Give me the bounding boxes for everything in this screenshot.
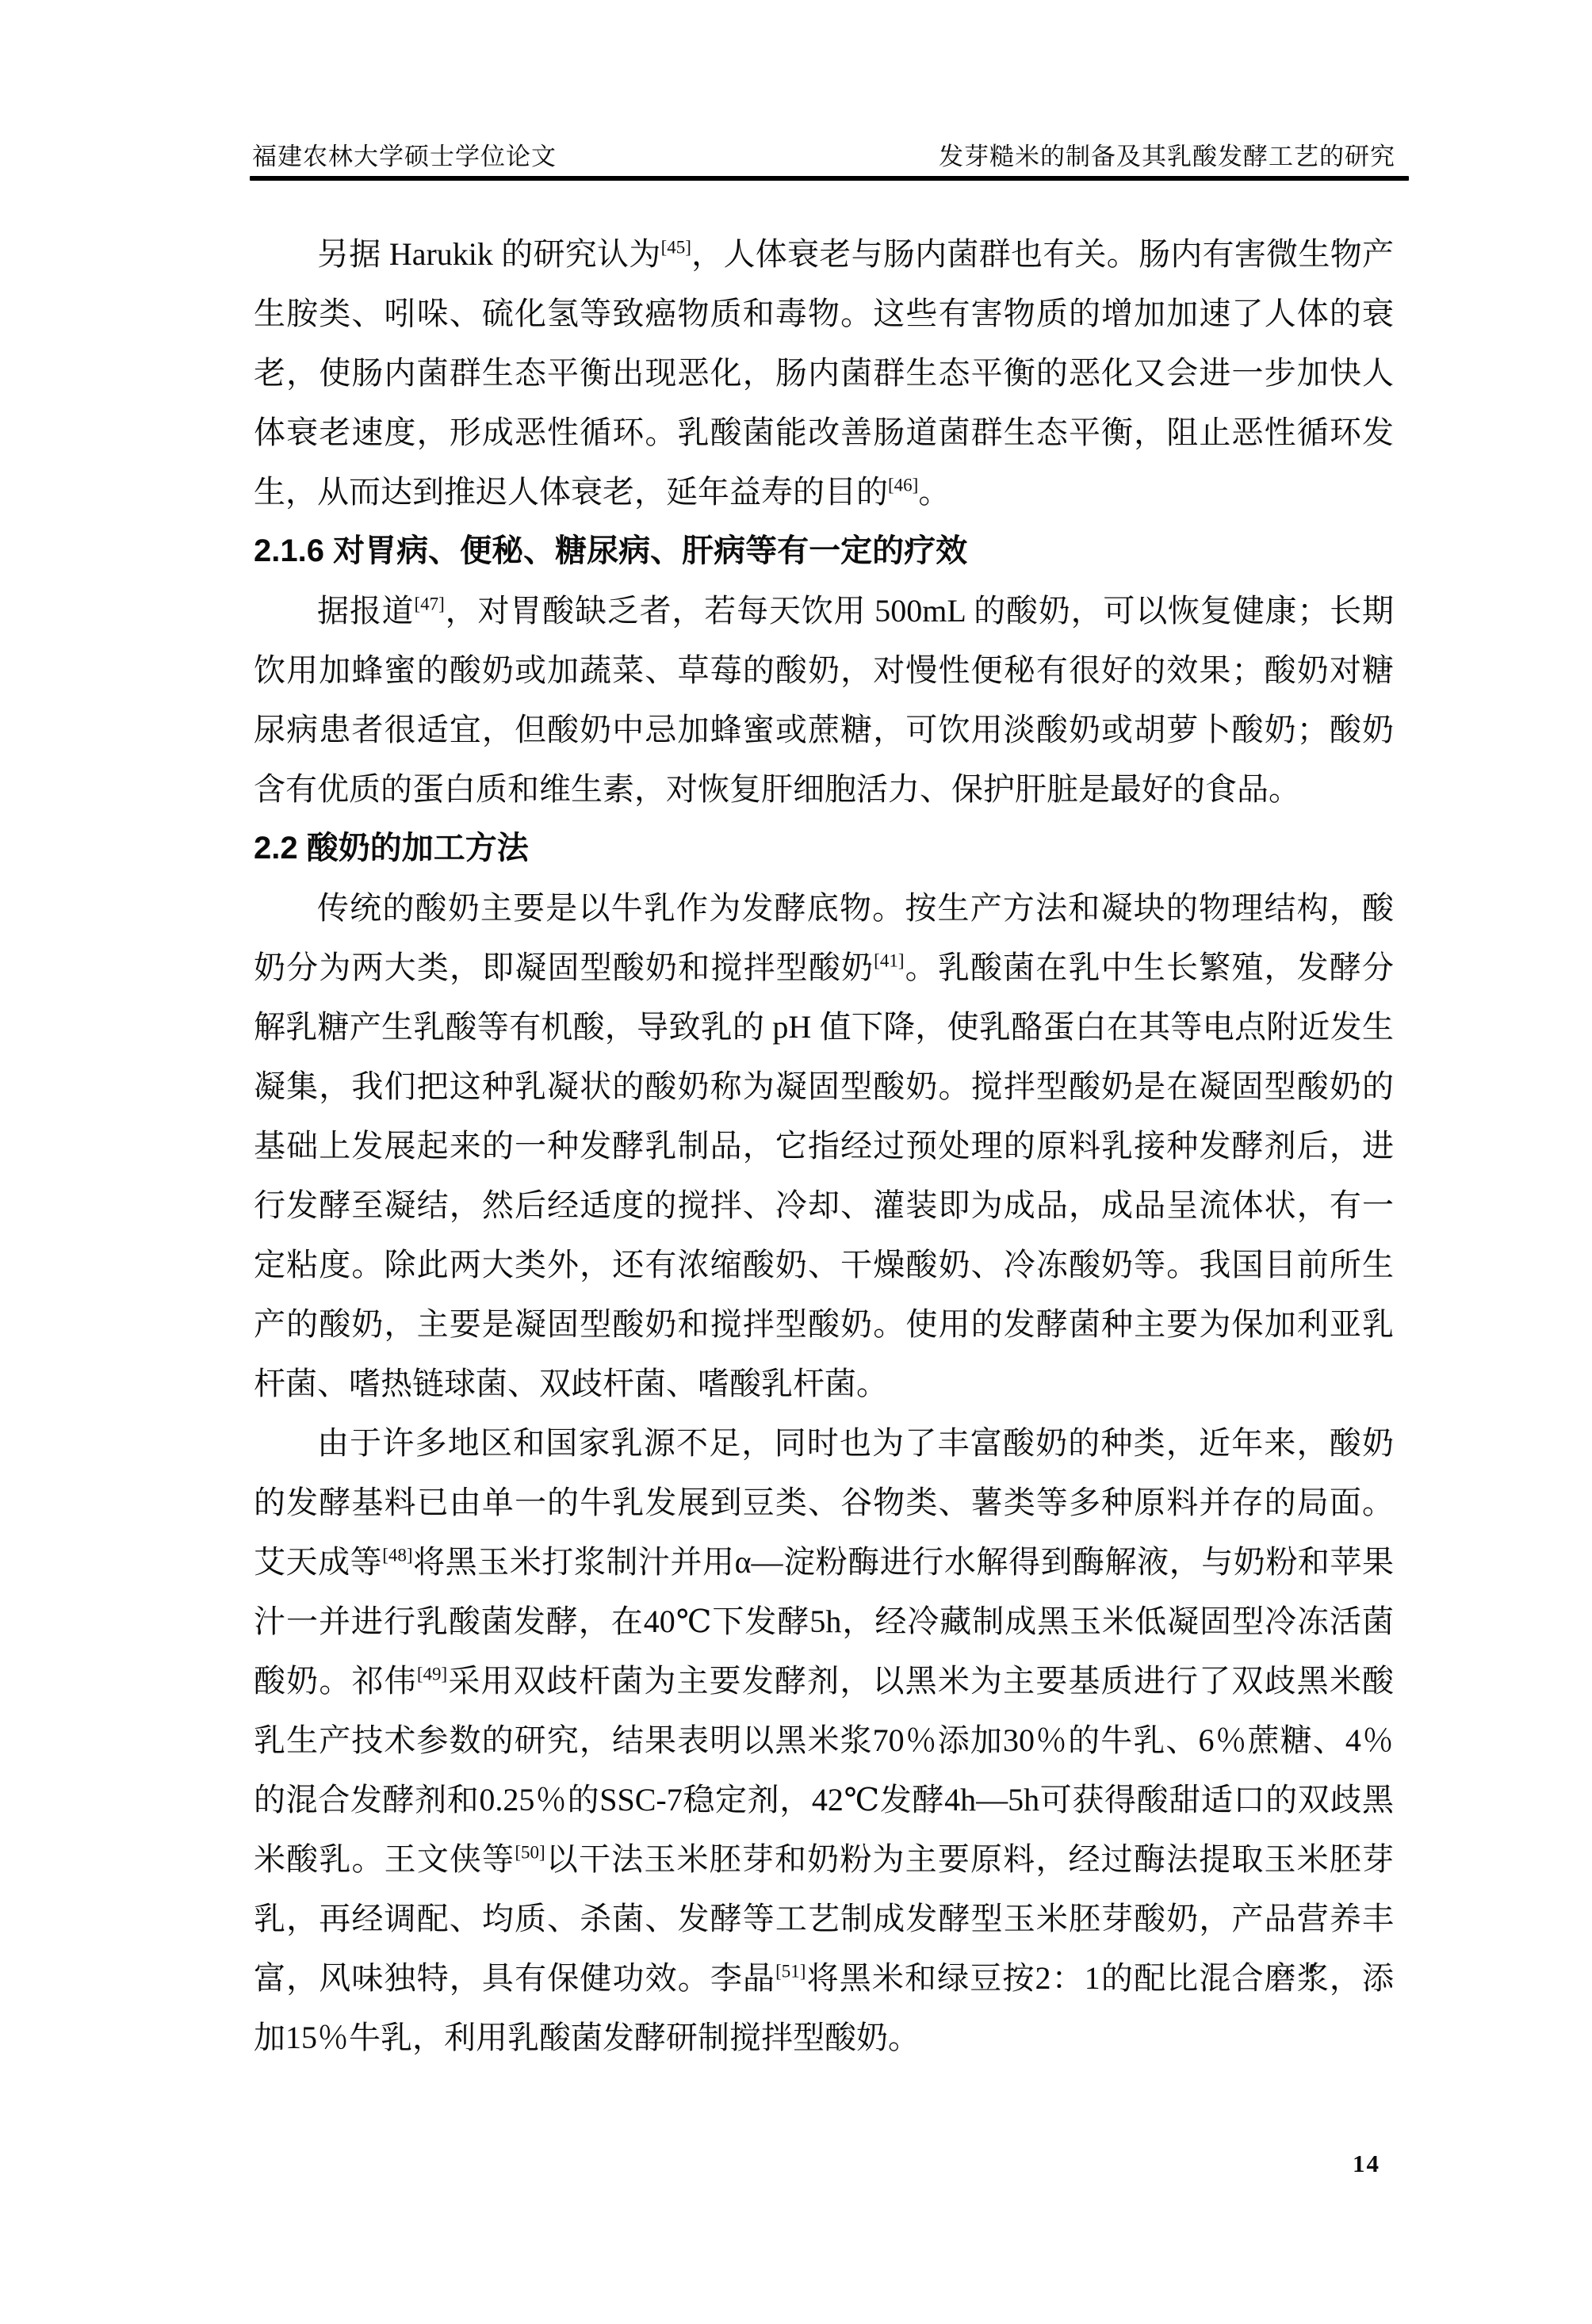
running-head-right: 发芽糙米的制备及其乳酸发酵工艺的研究 bbox=[939, 136, 1395, 172]
text-run: 另据 Harukik 的研究认为 bbox=[317, 236, 661, 272]
running-head: 福建农林大学硕士学位论文 发芽糙米的制备及其乳酸发酵工艺的研究 bbox=[252, 136, 1395, 172]
text-run: 。 bbox=[918, 474, 950, 510]
paragraph-aging-gut-flora: 另据 Harukik 的研究认为[45]，人体衰老与肠内菌群也有关。肠内有害微生… bbox=[254, 224, 1394, 522]
citation-ref: [45] bbox=[661, 238, 691, 258]
page-body: 另据 Harukik 的研究认为[45]，人体衰老与肠内菌群也有关。肠内有害微生… bbox=[254, 224, 1394, 2067]
citation-ref: [49] bbox=[417, 1665, 447, 1684]
thesis-scanned-page: 福建农林大学硕士学位论文 发芽糙米的制备及其乳酸发酵工艺的研究 另据 Haruk… bbox=[0, 0, 1592, 2324]
citation-ref: [46] bbox=[888, 476, 918, 495]
text-run: ，人体衰老与肠内菌群也有关。肠内有害微生物产生胺类、吲哚、硫化氢等致癌物质和毒物… bbox=[254, 236, 1394, 510]
citation-ref: [47] bbox=[414, 594, 444, 614]
citation-ref: [50] bbox=[515, 1843, 545, 1863]
heading-2-2: 2.2 酸奶的加工方法 bbox=[254, 819, 1394, 878]
text-run: ，对胃酸缺乏者，若每天饮用 500mL 的酸奶，可以恢复健康；长期饮用加蜂蜜的酸… bbox=[254, 593, 1394, 807]
citation-ref: [51] bbox=[775, 1962, 806, 1982]
text-run: 据报道 bbox=[317, 593, 414, 629]
paragraph-yogurt-substrates: 由于许多地区和国家乳源不足，同时也为了丰富酸奶的种类，近年来，酸奶的发酵基料已由… bbox=[254, 1413, 1394, 2067]
citation-ref: [41] bbox=[874, 951, 904, 971]
paragraph-yogurt-processing: 传统的酸奶主要是以牛乳作为发酵底物。按生产方法和凝块的物理结构，酸奶分为两大类，… bbox=[254, 878, 1394, 1413]
page-number: 14 bbox=[1353, 2150, 1380, 2178]
heading-2-1-6: 2.1.6 对胃病、便秘、糖尿病、肝病等有一定的疗效 bbox=[254, 522, 1394, 581]
citation-ref: [48] bbox=[382, 1546, 412, 1565]
text-run: 。乳酸菌在乳中生长繁殖，发酵分解乳糖产生乳酸等有机酸，导致乳的 pH 值下降，使… bbox=[254, 950, 1394, 1401]
header-rule bbox=[250, 176, 1409, 181]
paragraph-therapeutic-effects: 据报道[47]，对胃酸缺乏者，若每天饮用 500mL 的酸奶，可以恢复健康；长期… bbox=[254, 581, 1394, 819]
running-head-left: 福建农林大学硕士学位论文 bbox=[252, 136, 557, 172]
